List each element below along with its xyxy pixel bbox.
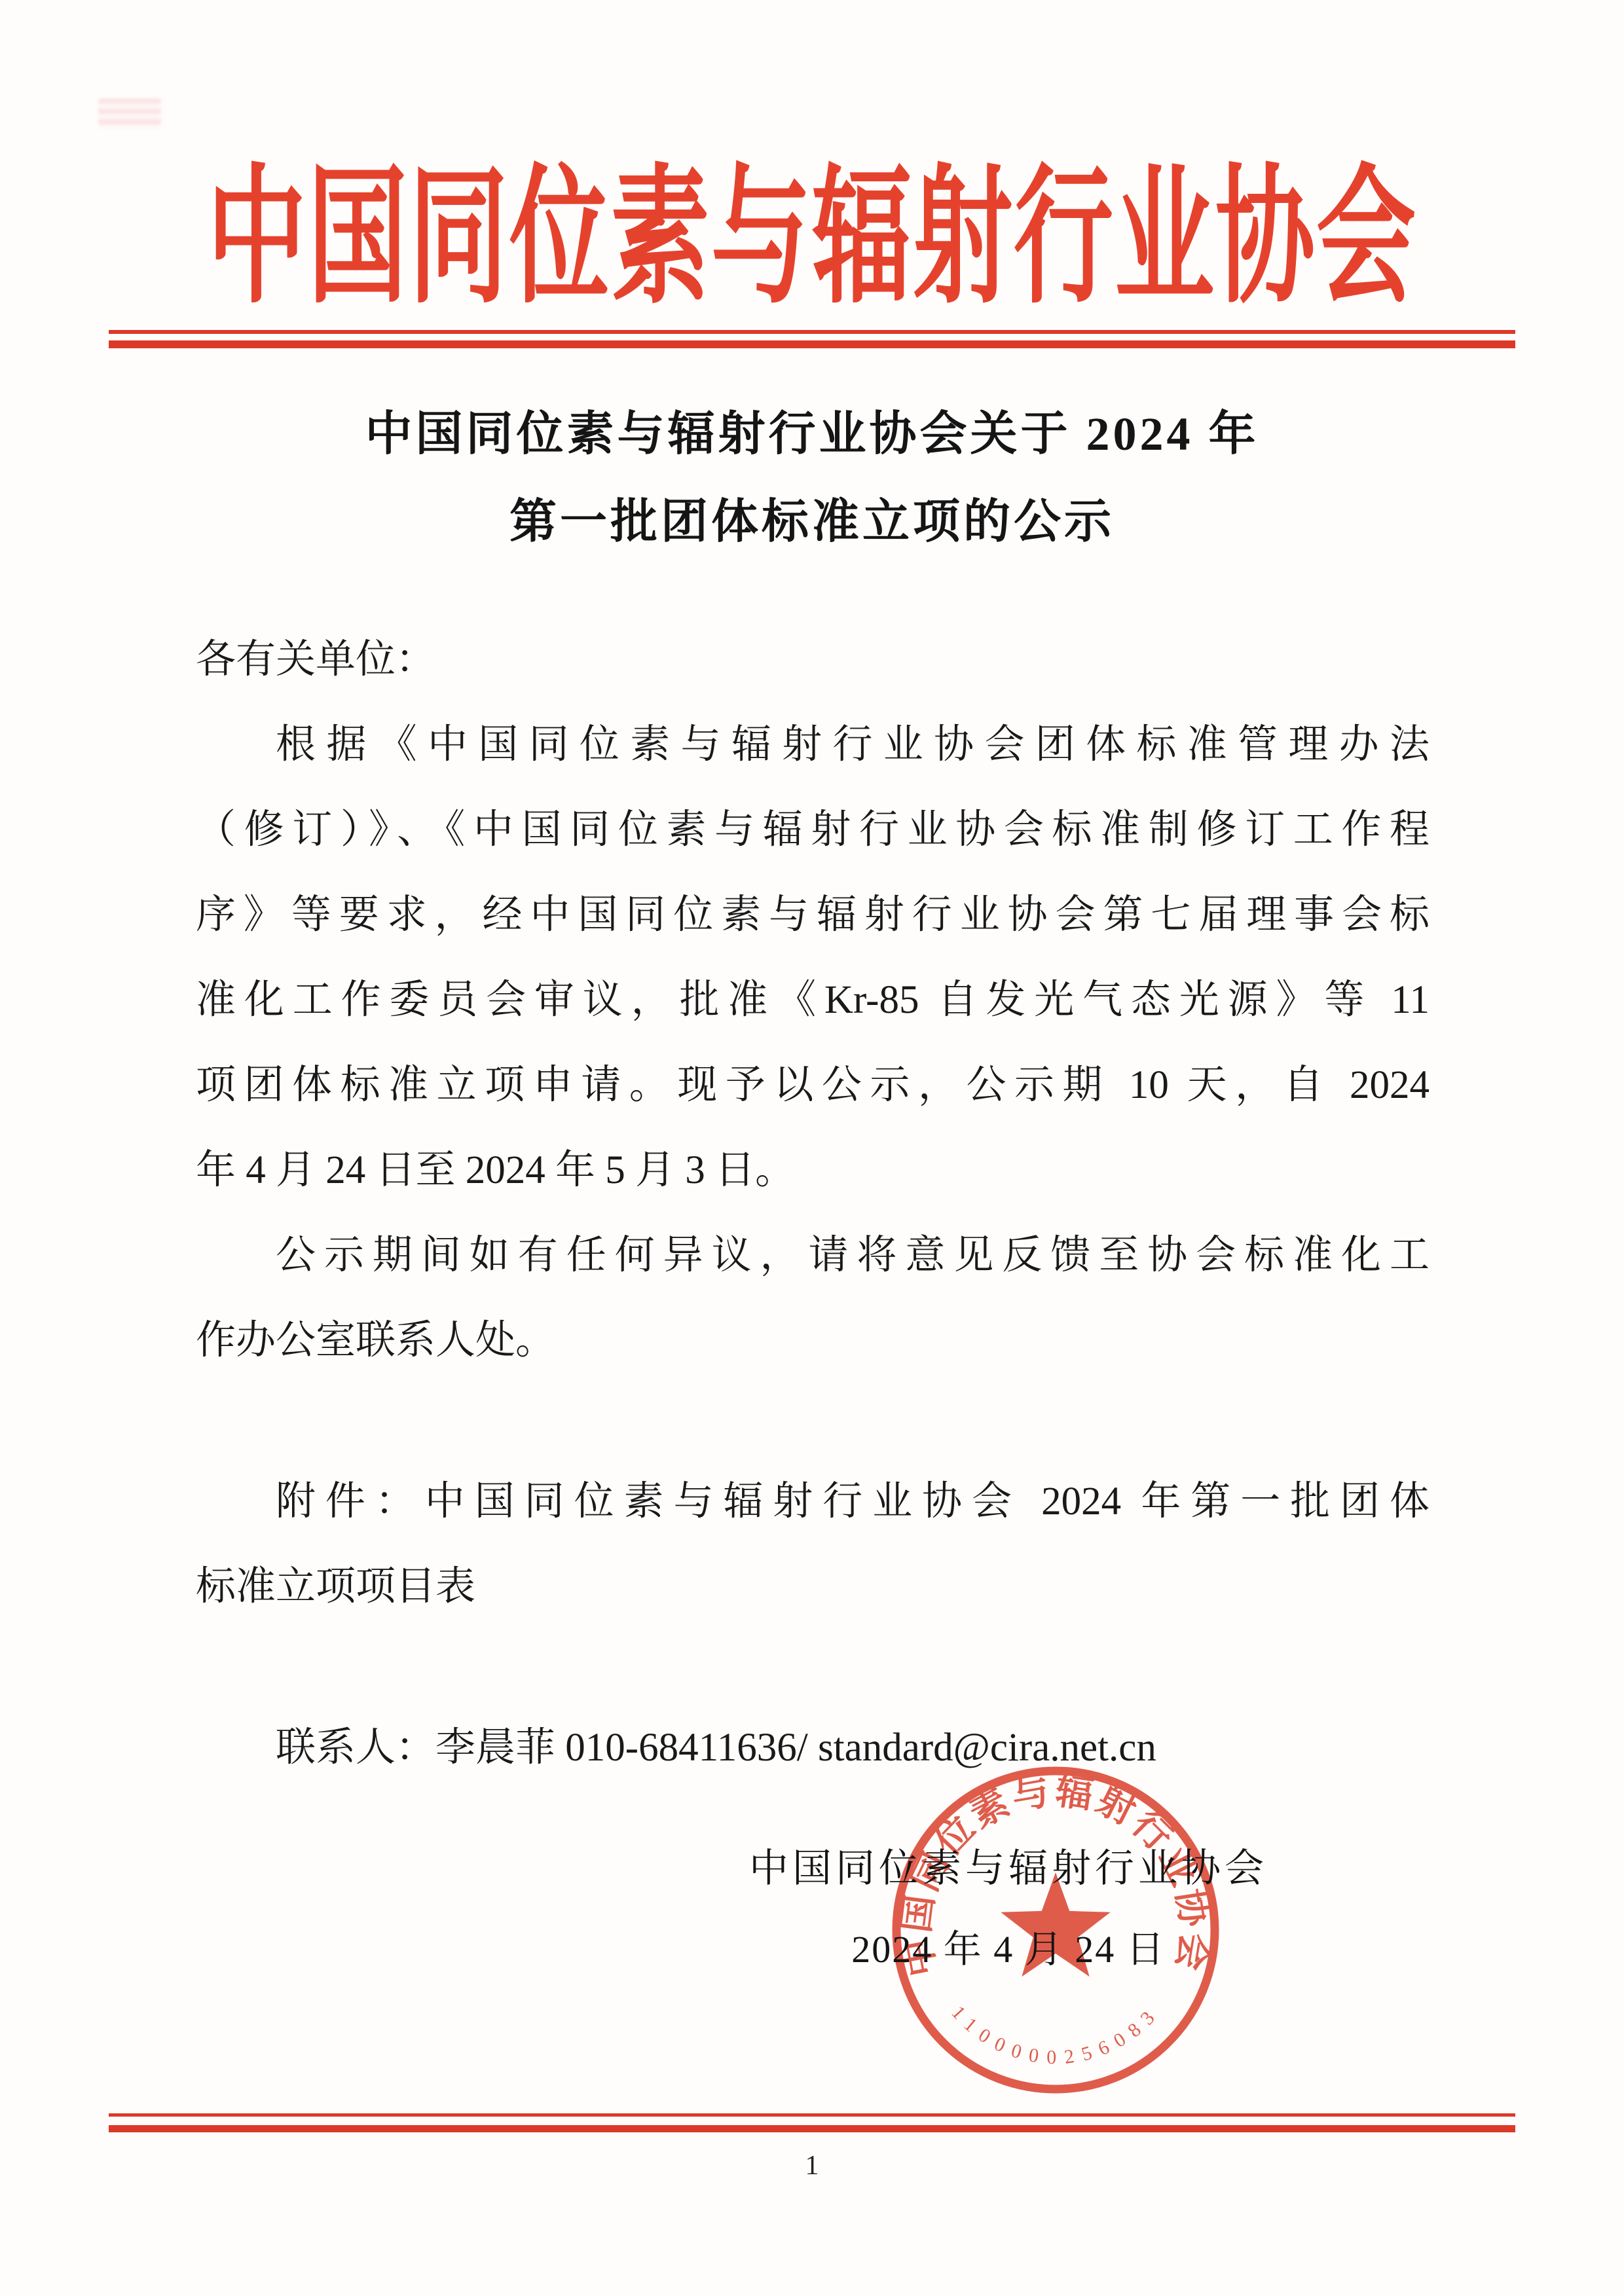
- paragraph-gap: [196, 1630, 1430, 1705]
- signature-org-name: 中国同位素与辐射行业协会: [720, 1837, 1297, 1893]
- body-line: 项团体标准立项申请。现予以公示，公示期 10 天，自 2024: [196, 1043, 1430, 1128]
- body-line-salutation: 各有关单位：: [196, 617, 1430, 702]
- footer-divider-thin: [109, 2113, 1515, 2117]
- body-line-attachment: 标准立项项目表: [196, 1544, 1430, 1630]
- body-line: 作办公室联系人处。: [196, 1298, 1430, 1383]
- scan-smudge-artifact: [98, 98, 161, 128]
- header-divider-thick: [109, 340, 1515, 348]
- body-line: （修订）》、《中国同位素与辐射行业协会标准制修订工作程: [196, 788, 1430, 873]
- seal-serial-number: 1100000256083: [947, 2001, 1164, 2068]
- body-line: 公示期间如有任何异议，请将意见反馈至协会标准化工: [196, 1213, 1430, 1298]
- body-line: 根据《中国同位素与辐射行业协会团体标准管理办法: [196, 702, 1430, 788]
- paragraph-gap: [196, 1383, 1430, 1459]
- page-number: 1: [0, 2150, 1624, 2181]
- header-divider-thin: [109, 330, 1515, 334]
- body-line: 年 4 月 24 日至 2024 年 5 月 3 日。: [196, 1128, 1430, 1213]
- document-body: 各有关单位： 根据《中国同位素与辐射行业协会团体标准管理办法 （修订）》、《中国…: [196, 617, 1430, 1791]
- footer-divider-thick: [109, 2125, 1515, 2132]
- letterhead-org-name: 中国同位素与辐射行业协会: [0, 164, 1624, 313]
- document-title-line-1: 中国同位素与辐射行业协会关于 2024 年: [0, 390, 1624, 478]
- document-title-line-2: 第一批团体标准立项的公示: [0, 478, 1624, 566]
- body-line: 准化工作委员会审议，批准《Kr-85 自发光气态光源》等 11: [196, 958, 1430, 1043]
- signature-date: 2024 年 4 月 24 日: [812, 1918, 1205, 1973]
- document-title: 中国同位素与辐射行业协会关于 2024 年 第一批团体标准立项的公示: [0, 390, 1624, 566]
- svg-text:1100000256083: 1100000256083: [947, 2001, 1164, 2068]
- document-page: 中国同位素与辐射行业协会 中国同位素与辐射行业协会关于 2024 年 第一批团体…: [0, 0, 1624, 2296]
- body-line-attachment: 附件：中国同位素与辐射行业协会 2024 年第一批团体: [196, 1459, 1430, 1544]
- body-line: 序》等要求，经中国同位素与辐射行业协会第七届理事会标: [196, 873, 1430, 958]
- body-line-contact: 联系人：李晨菲 010-68411636/ standard@cira.net.…: [196, 1705, 1430, 1791]
